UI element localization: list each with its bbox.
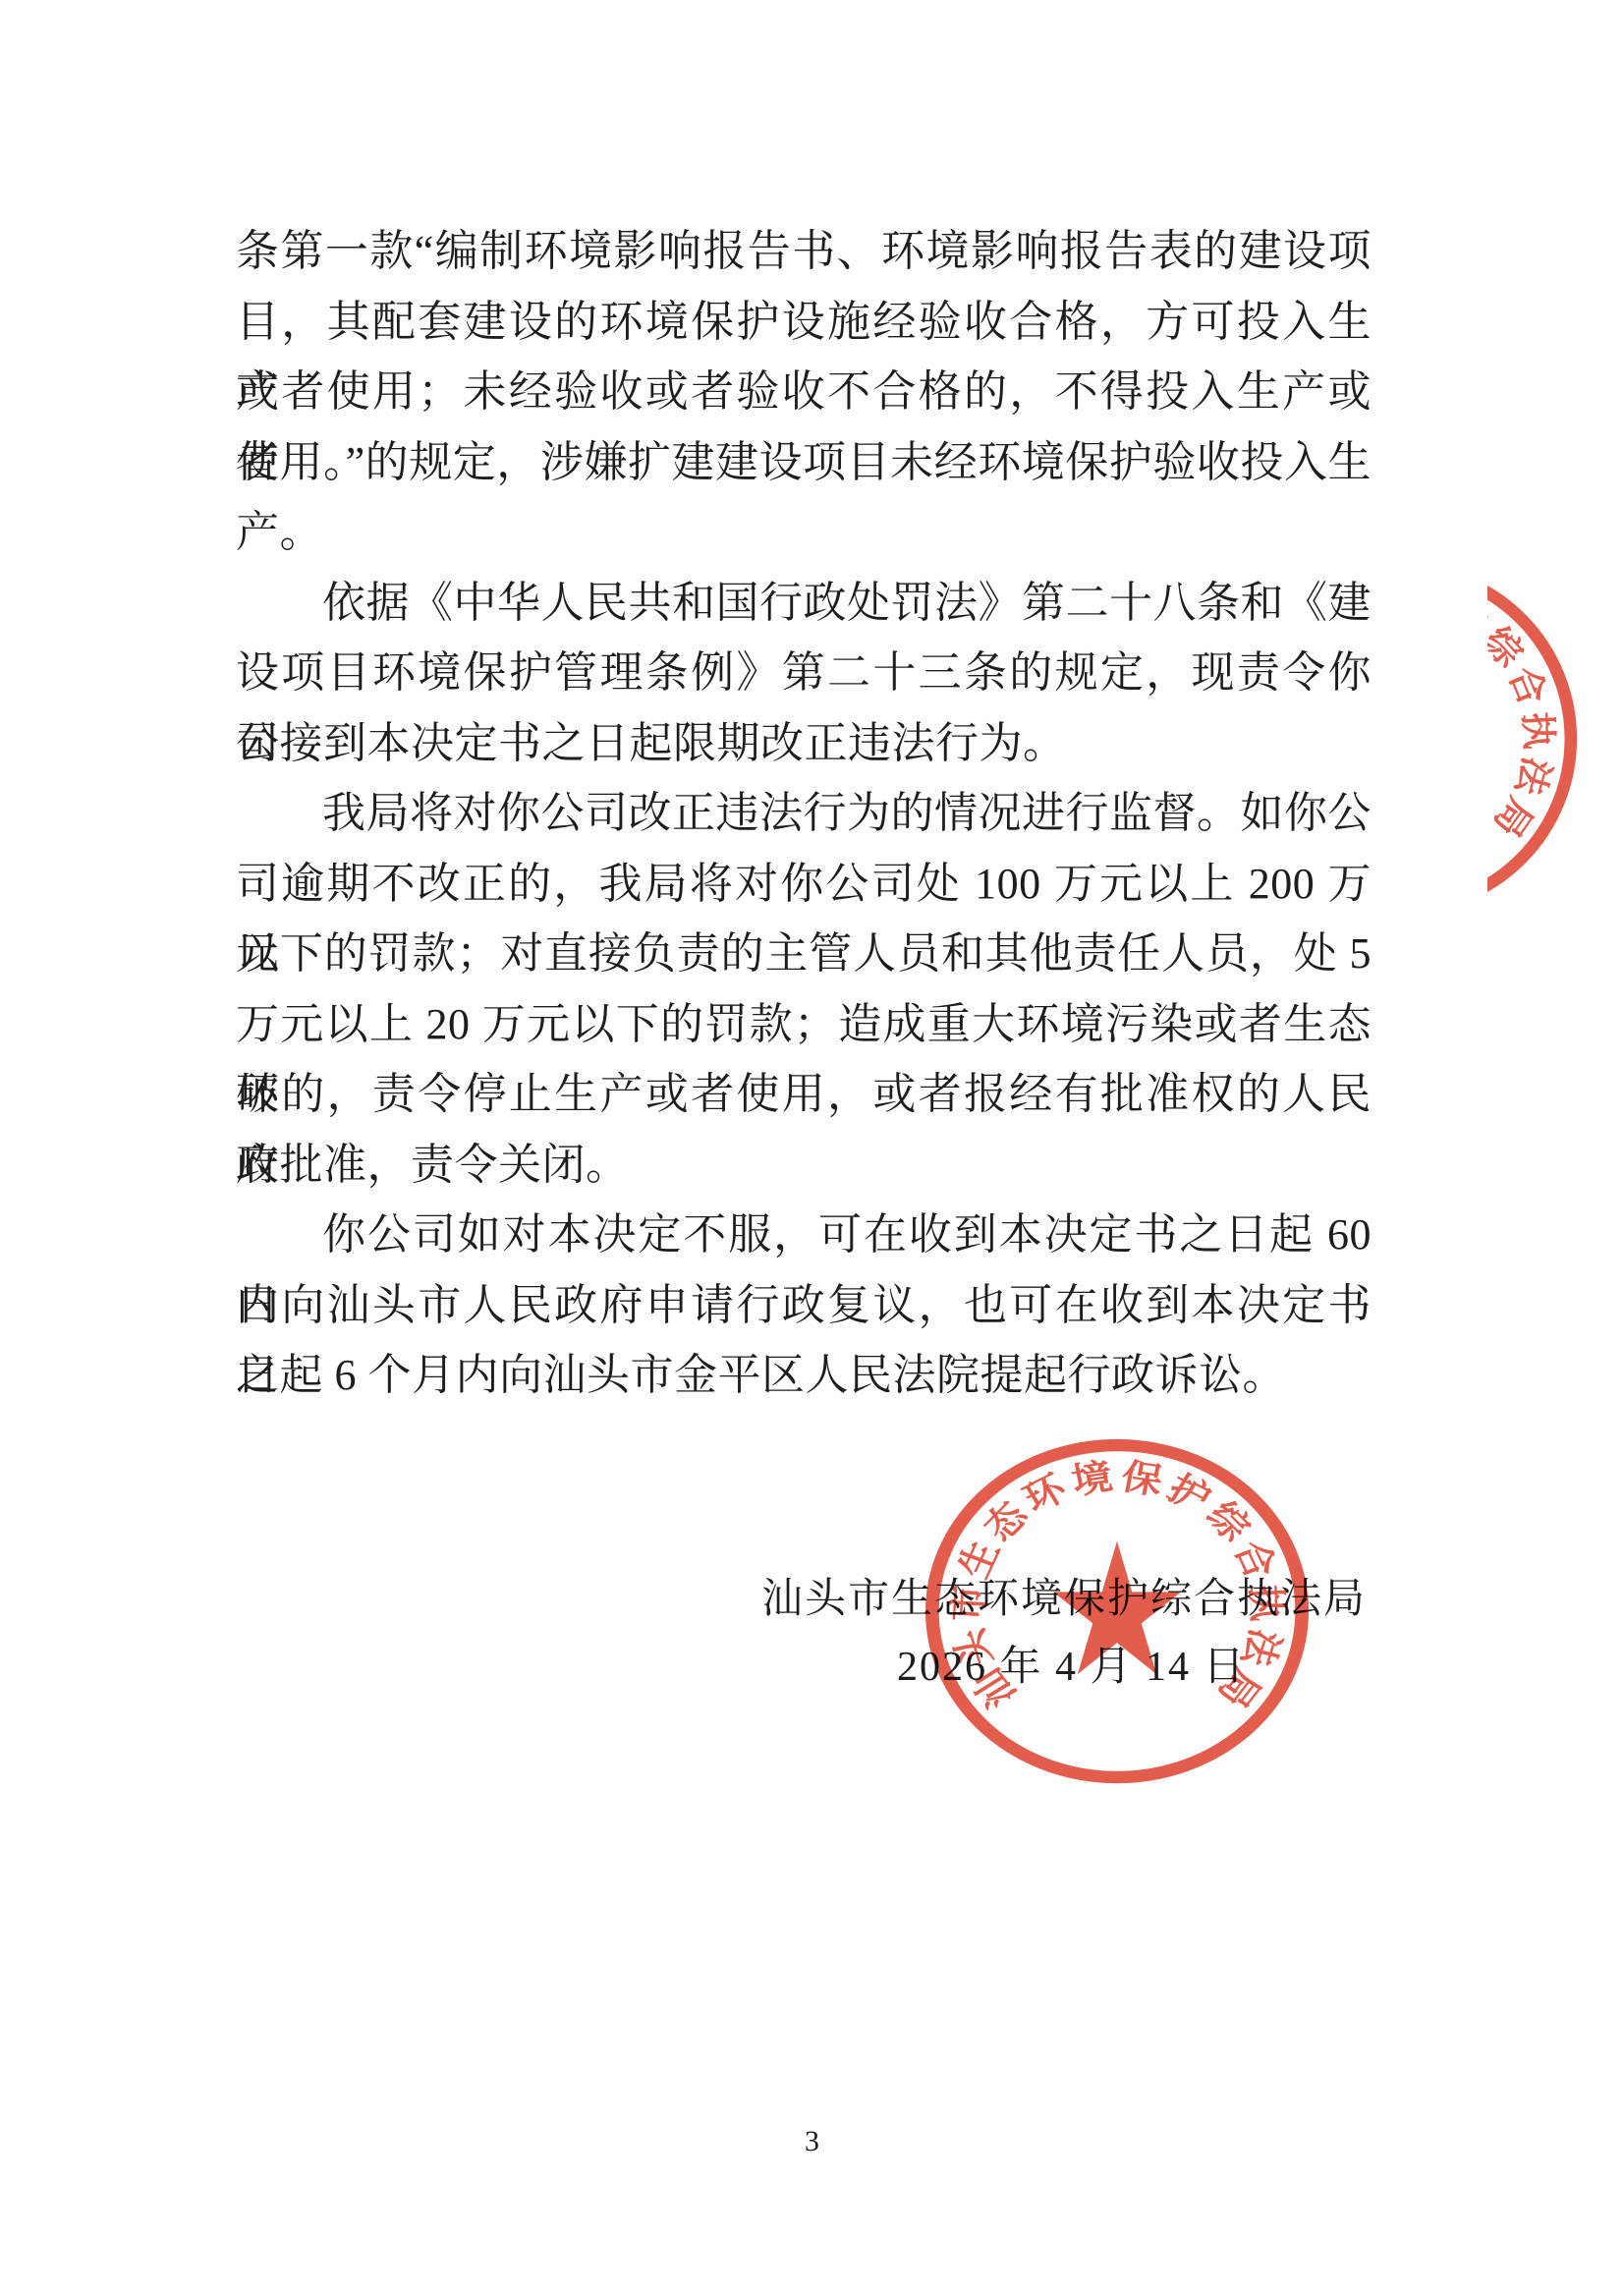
signature-agency: 汕头市生态环境保护综合执法局 [761, 1566, 1367, 1625]
body-line: 内向汕头市人民政府申请行政复议，也可在收到本决定书之 [236, 1270, 1372, 1341]
body-line: 坏的，责令停止生产或者使用，或者报经有批准权的人民政 [236, 1059, 1372, 1130]
body-line: 以下的罚款；对直接负责的主管人员和其他责任人员，处 5 [236, 919, 1372, 989]
signature-date: 2026 年 4 月 14 日 [897, 1634, 1247, 1693]
body-line: 产。 [236, 497, 1372, 568]
seal-char: 环 [1017, 1467, 1076, 1520]
seal-char: 法 [1507, 753, 1557, 801]
seal-char: 护 [1160, 1468, 1217, 1520]
body-text: 条第一款“编制环境影响报告书、环境影响报告表的建设项目，其配套建设的环境保护设施… [236, 216, 1372, 1411]
seal-char: 综 [1198, 1495, 1259, 1549]
page-number: 3 [0, 2125, 1624, 2158]
body-line: 府批准，责令关闭。 [236, 1130, 1372, 1201]
seal-char: 综 [1475, 620, 1531, 676]
body-line: 设项目环境保护管理条例》第二十三条的规定，现责令你公 [236, 638, 1372, 708]
document-page: 条第一款“编制环境影响报告书、环境影响报告表的建设项目，其配套建设的环境保护设施… [0, 0, 1624, 2295]
body-line: 司接到本决定书之日起限期改正违法行为。 [236, 708, 1372, 779]
seal-char: 保 [1402, 581, 1445, 628]
seal-char: 执 [1516, 710, 1559, 750]
seal-char: 合 [1500, 661, 1552, 711]
seal-char: 境 [1069, 1457, 1116, 1502]
seal-char: 保 [1118, 1457, 1165, 1502]
body-line: 日起 6 个月内向汕头市金平区人民法院提起行政诉讼。 [236, 1340, 1372, 1411]
body-line: 你公司如对本决定不服，可在收到本决定书之日起 60 日 [236, 1200, 1372, 1270]
body-line: 依据《中华人民共和国行政处罚法》第二十八条和《建 [236, 568, 1372, 639]
seal-char: 态 [977, 1494, 1037, 1548]
seal-char: 护 [1440, 592, 1493, 646]
seal-char: 局 [1485, 790, 1540, 844]
body-line: 我局将对你公司改正违法行为的情况进行监督。如你公 [236, 778, 1372, 849]
body-line: 条第一款“编制环境影响报告书、环境影响报告表的建设项 [236, 216, 1372, 287]
body-line: 万元以上 20 万元以下的罚款；造成重大环境污染或者生态破 [236, 989, 1372, 1060]
body-line: 司逾期不改正的，我局将对你公司处 100 万元以上 200 万元 [236, 849, 1372, 920]
body-line: 或者使用；未经验收或者验收不合格的，不得投入生产或者 [236, 357, 1372, 427]
body-line: 使用。”的规定，涉嫌扩建建设项目未经环境保护验收投入生 [236, 427, 1372, 498]
body-line: 目，其配套建设的环境保护设施经验收合格，方可投入生产 [236, 287, 1372, 358]
